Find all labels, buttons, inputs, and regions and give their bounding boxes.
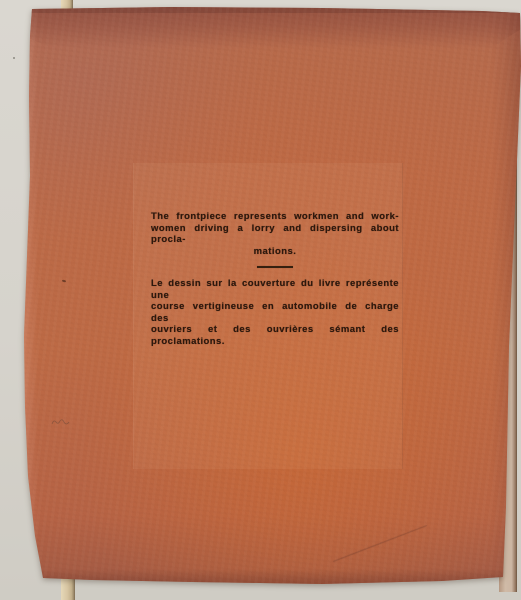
- french-caption-line: ouvriers et des ouvrières sémant des pro…: [151, 324, 399, 347]
- english-caption-line: mations.: [151, 246, 399, 258]
- wall-speck: [13, 57, 15, 59]
- english-caption-line: women driving a lorry and dispersing abo…: [151, 223, 399, 246]
- pencil-scribble: [50, 415, 74, 429]
- divider-rule: [257, 266, 293, 268]
- photo-of-book-cover: The frontpiece represents workmen and wo…: [0, 0, 521, 600]
- book-cover: The frontpiece represents workmen and wo…: [22, 6, 521, 585]
- french-caption-line: Le dessin sur la couverture du livre rep…: [151, 278, 399, 301]
- book-cover-wrap: The frontpiece represents workmen and wo…: [22, 6, 521, 585]
- caption-block: The frontpiece represents workmen and wo…: [151, 211, 399, 347]
- french-caption-line: course vertigineuse en automobile de cha…: [151, 301, 399, 324]
- english-caption-line: The frontpiece represents workmen and wo…: [151, 211, 399, 223]
